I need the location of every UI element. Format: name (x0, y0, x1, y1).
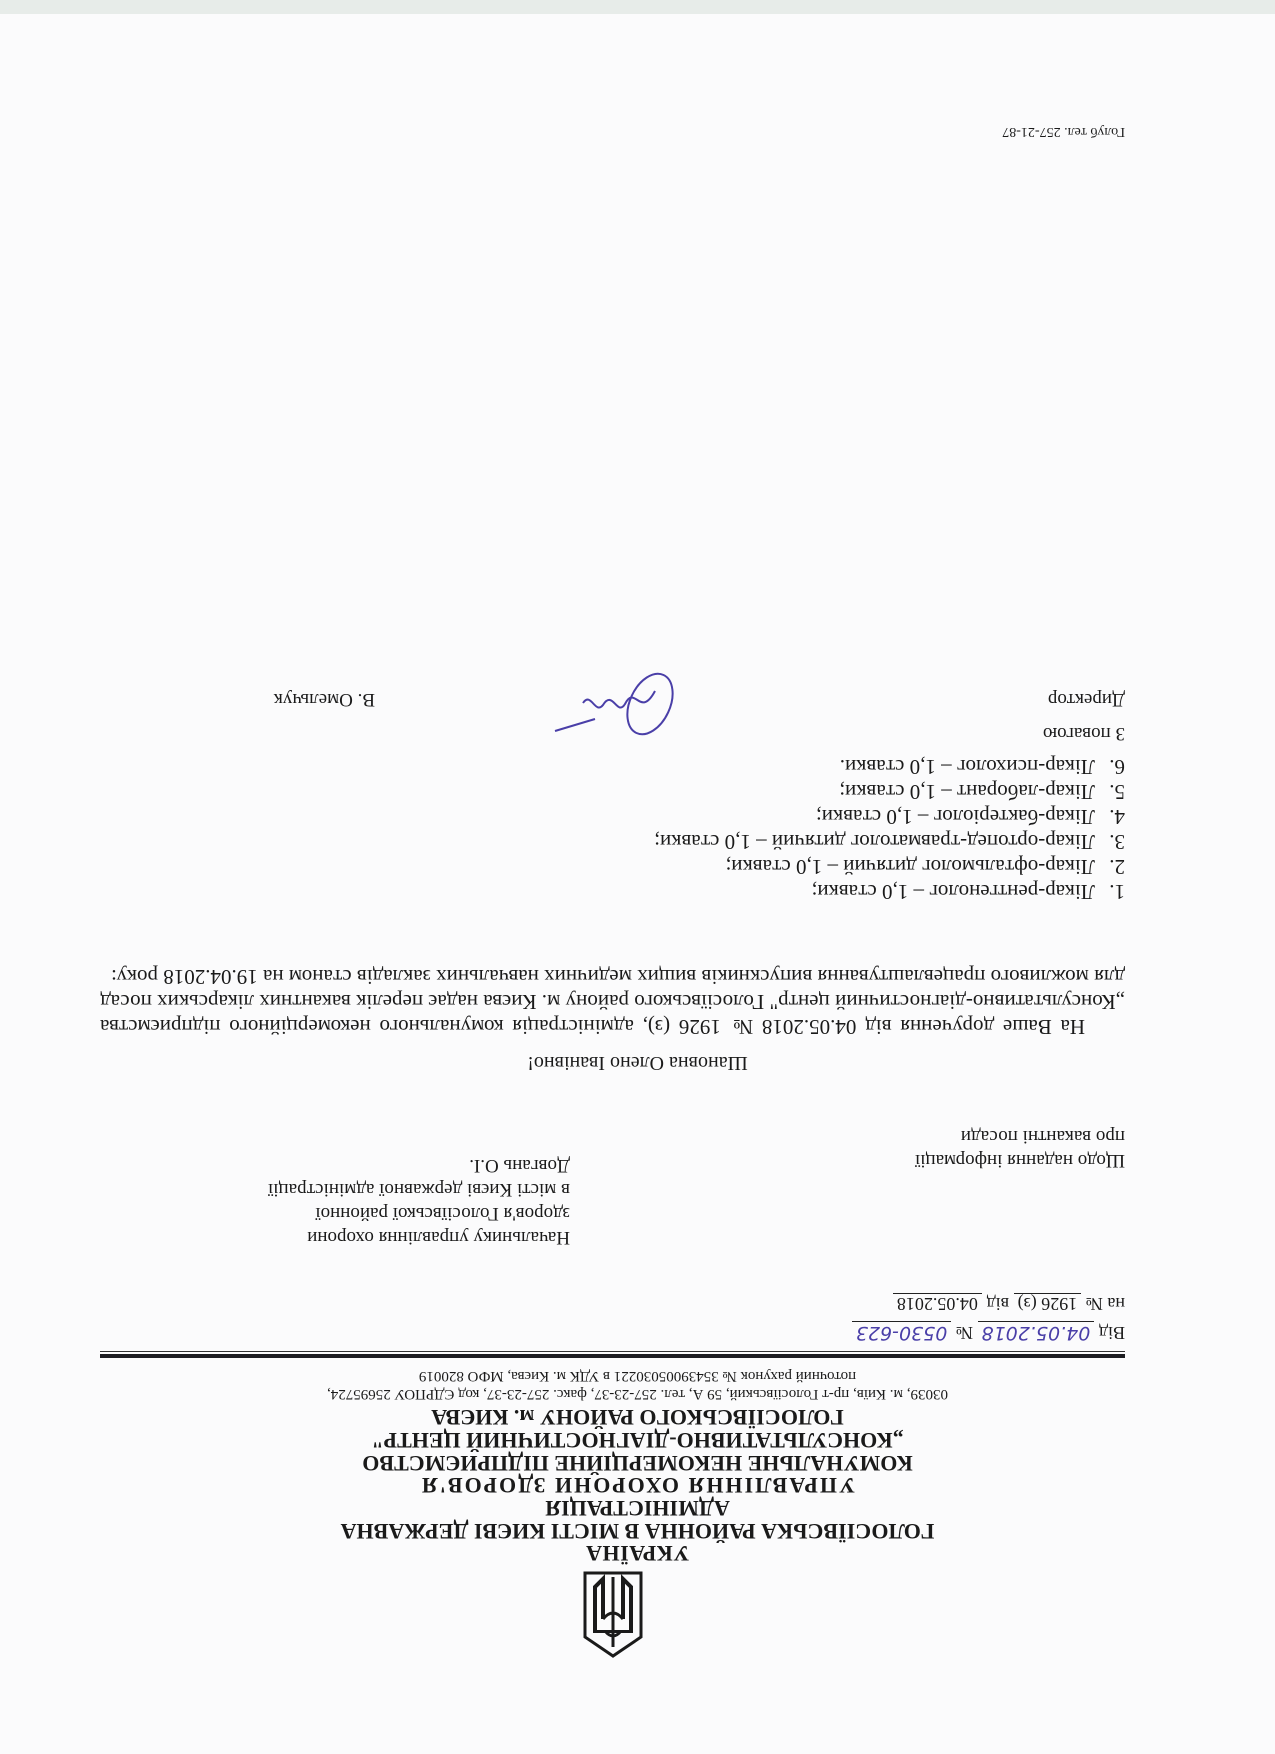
from-label: Від (1099, 1323, 1125, 1343)
vacancy-item: 4.Лікар-бактеріолог – 1,0 ставки; (654, 804, 1125, 829)
scan-edge (0, 0, 1275, 14)
subject-line: Щодо надання інформації (705, 1148, 1125, 1172)
header-divider-thin (100, 1351, 1125, 1352)
addressee-line: Начальнику управління охорони (110, 1225, 570, 1249)
to-no: 1926 (з) (1014, 1293, 1082, 1314)
to-date: 04.05.2018 (893, 1293, 982, 1314)
closing-phrase: З повагою (1043, 722, 1125, 744)
incoming-reference: на № 1926 (з) від 04.05.2018 (893, 1293, 1125, 1314)
header-divider-thick (100, 1354, 1125, 1358)
addressee-block: Начальнику управління охорони здоров'я Г… (110, 1153, 570, 1249)
header-org-line3: ГОЛОСІЇВСЬКОГО РАЙОНУ м. КИЄВА (0, 1406, 1275, 1428)
outgoing-reference: Від 04.05.2018 № 0530-623 (852, 1322, 1125, 1344)
to-label: на (1107, 1294, 1125, 1314)
from-no-label: № (956, 1323, 973, 1343)
scanned-letter-page: УКРАЇНА ГОЛОСІЇВСЬКА РАЙОННА В МІСТІ КИЄ… (0, 0, 1275, 1754)
addressee-line: в місті Києві державної адміністрації (110, 1177, 570, 1201)
header-admin-line2: АДМІНІСТРАЦІЯ (0, 1497, 1275, 1519)
coat-of-arms-icon (581, 1569, 645, 1659)
header-org-line2: „КОНСУЛЬТАТИВНО-ДІАГНОСТИЧНИЙ ЦЕНТР" (0, 1429, 1275, 1451)
header-dept: УПРАВЛІННЯ ОХОРОНИ ЗДОРОВ'Я (0, 1474, 1275, 1496)
header-org-line1: КОМУНАЛЬНЕ НЕКОМЕРЦІЙНЕ ПІДПРИЄМСТВО (0, 1452, 1275, 1474)
signatory-title: Директор (1048, 688, 1125, 710)
to-date-label: від (986, 1294, 1009, 1314)
addressee-line: здоров'я Голосіївської районної (110, 1201, 570, 1225)
signatory-name: В. Омельчук (274, 688, 375, 710)
header-admin-line1: ГОЛОСІЇВСЬКА РАЙОННА В МІСТІ КИЄВІ ДЕРЖА… (0, 1520, 1275, 1542)
vacancy-item: 1.Лікар-рентгенолог – 1,0 ставки; (654, 879, 1125, 904)
addressee-line: Довгань О.І. (110, 1153, 570, 1177)
vacancy-item: 5.Лікар-лаборант – 1,0 ставки; (654, 779, 1125, 804)
header-address-line2: поточний рахунок № 35439005030221 в УДК … (0, 1367, 1275, 1384)
vacancy-list: 1.Лікар-рентгенолог – 1,0 ставки; 2.Ліка… (654, 754, 1125, 904)
vacancy-item: 6.Лікар-психолог – 1,0 ставки. (654, 754, 1125, 779)
header-address-line1: 03039, м. Київ, пр-т Голосіївський, 59 А… (0, 1385, 1275, 1402)
executor-footer: Голуб тел. 257-21-87 (1002, 123, 1125, 139)
subject-line: про вакантні посади (705, 1124, 1125, 1148)
from-date: 04.05.2018 (978, 1321, 1095, 1344)
header-country: УКРАЇНА (0, 1542, 1275, 1564)
vacancy-item: 2.Лікар-офтальмолог дитячий – 1,0 ставки… (654, 854, 1125, 879)
vacancy-item: 3.Лікар-ортопед-травматолог дитячий – 1,… (654, 829, 1125, 854)
body-paragraph: На Ваше доручення від 04.05.2018 № 1926 … (100, 964, 1125, 1039)
to-no-label: № (1086, 1294, 1103, 1314)
letter-body: На Ваше доручення від 04.05.2018 № 1926 … (100, 964, 1125, 1039)
from-no: 0530-623 (852, 1321, 951, 1344)
subject-block: Щодо надання інформації про вакантні пос… (705, 1124, 1125, 1172)
greeting: Шановна Олено Іванівно! (0, 1051, 1275, 1074)
signature-mark (545, 669, 695, 739)
